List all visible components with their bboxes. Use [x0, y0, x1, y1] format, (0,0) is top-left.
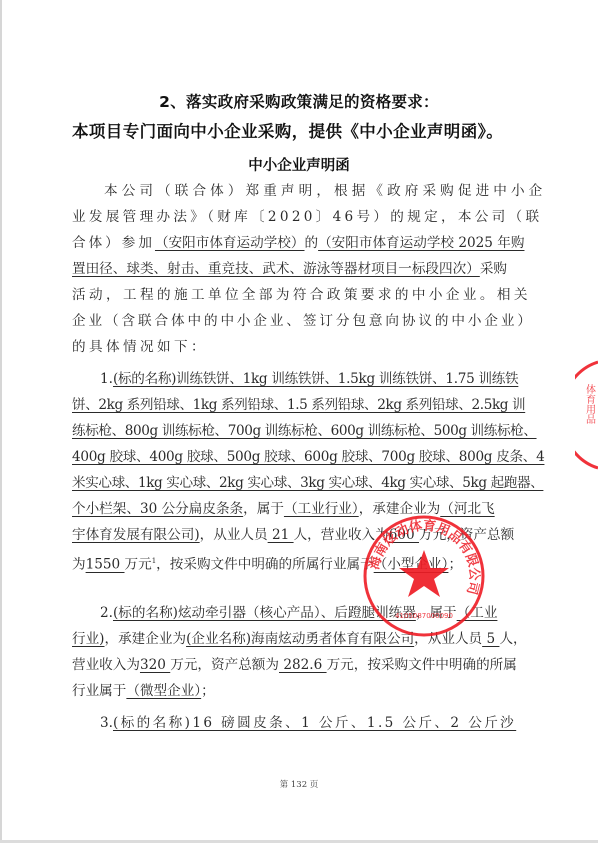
item-3-product: (标的名称)16 磅圆皮条、1 公斤、1.5 公斤、2 公斤沙 [113, 715, 516, 731]
item-2-line: 行业)，承建企业为(企业名称)海南炫动勇者体育有限公司，从业人员 5 人， [72, 629, 527, 649]
item-2-staff: 5 [482, 631, 499, 647]
paragraph-line: 本公司（联合体）郑重声明，根据《政府采购促进中小企 [104, 181, 527, 201]
paragraph-line: 合体）参加（安阳市体育运动学校）的（安阳市体育运动学校 2025 年购 [72, 233, 527, 253]
item-1-contractor: 宇体育发展有限公司) [72, 527, 200, 543]
item-1-industry: （工业行业） [284, 501, 359, 517]
paragraph-line: 业发展管理办法》（财库〔2020〕46号）的规定，本公司（联 [72, 207, 527, 227]
paragraph-line: 置田径、球类、射击、重竞技、武术、游泳等器材项目一标段四次）采购 [72, 259, 527, 279]
item-1-scale: （小型企业） [374, 557, 449, 573]
document-page: 2、落实政府采购政策满足的资格要求： 本项目专门面向中小企业采购，提供《中小企业… [0, 0, 598, 840]
purchaser-name: （安阳市体育运动学校） [155, 235, 305, 251]
item-1-assets: 1550 [86, 557, 125, 573]
item-2-assets: 282.6 [279, 657, 327, 673]
intro-statement: 本项目专门面向中小企业采购，提供《中小企业声明函》。 [72, 118, 532, 142]
item-1-line: 米实心球、1kg 实心球、2kg 实心球、3kg 实心球、4kg 实心球、5kg… [72, 473, 527, 493]
item-2-line: 行业属于（微型企业）； [72, 681, 527, 701]
paragraph-line: 活动，工程的施工单位全部为符合政策要求的中小企业。相关 [72, 285, 527, 305]
item-1-line: 为1550 万元1，按采购文件中明确的所属行业属于（小型企业）； [72, 551, 527, 575]
paragraph-line: 企业（含联合体中的中小企业、签订分包意向协议的中小企业） [72, 311, 527, 331]
project-name: （安阳市体育运动学校 2025 年购 [318, 235, 524, 251]
item-2-line: 营业收入为320 万元，资产总额为 282.6 万元，按采购文件中明确的所属 [72, 655, 527, 675]
item-2-contractor: (企业名称)海南炫动勇者体育有限公司 [186, 631, 414, 647]
item-2-product: (标的名称)炫动牵引器（核心产品）、后蹬腿训练器 [113, 605, 416, 621]
item-1-line: 练标枪、800g 训练标枪、700g 训练标枪、600g 训练标枪、500g 训… [72, 421, 527, 441]
letter-title: 中小企业声明函 [0, 154, 598, 175]
item-1-line: 饼、2kg 系列铅球、1kg 系列铅球、1.5 系列铅球、2kg 系列铅球、2.… [72, 395, 527, 415]
svg-text:体育用品: 体育用品 [584, 383, 596, 425]
item-1-staff: 21 [268, 527, 294, 543]
edge-seal-stamp: 体育用品 [575, 360, 598, 470]
item-2-line: 2.(标的名称)炫动牵引器（核心产品）、后蹬腿训练器，属于（工业 [100, 603, 527, 623]
item-3-line: 3.(标的名称)16 磅圆皮条、1 公斤、1.5 公斤、2 公斤沙 [100, 713, 527, 733]
item-2-scale: （微型企业） [126, 683, 201, 699]
item-1-line: 400g 胶球、400g 胶球、500g 胶球、600g 胶球、700g 胶球、… [72, 447, 527, 467]
paragraph-line: 的具体情况如下： [72, 337, 527, 357]
project-name-cont: 置田径、球类、射击、重竞技、武术、游泳等器材项目一标段四次） [72, 261, 480, 277]
item-1-line: 宇体育发展有限公司)，从业人员 21 人，营业收入为600 万元，资产总额 [72, 525, 527, 545]
item-1-line: 个小栏架、30 公分扁皮条条，属于（工业行业），承建企业为（河北飞 [72, 499, 527, 519]
item-1-line: 1.(标的名称)训练铁饼、1kg 训练铁饼、1.5kg 训练铁饼、1.75 训练… [100, 369, 527, 389]
item-2-revenue: 320 [140, 657, 170, 673]
section-heading: 2、落实政府采购政策满足的资格要求： [0, 90, 598, 112]
page-number: 第 132 页 [0, 778, 598, 790]
item-1-revenue: 600 [389, 527, 419, 543]
